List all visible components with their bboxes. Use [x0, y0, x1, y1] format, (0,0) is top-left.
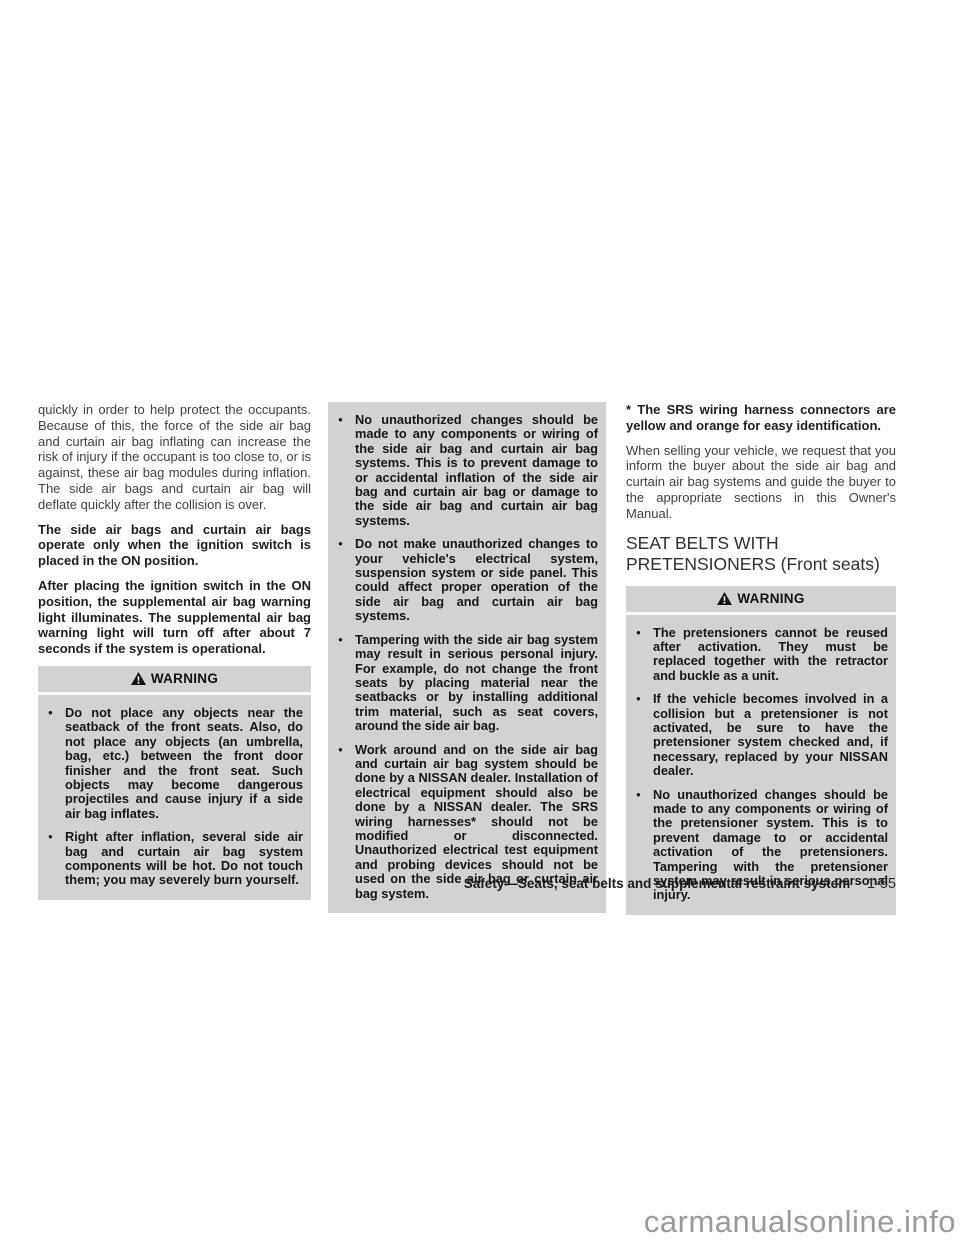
bullet-icon: ●: [338, 413, 355, 528]
manual-page: quickly in order to help protect the occ…: [0, 0, 960, 1242]
warning-icon: [717, 592, 732, 605]
bullet-icon: ●: [636, 626, 653, 684]
content-columns: quickly in order to help protect the occ…: [38, 402, 896, 915]
warning-bullet: ● Do not place any objects near the seat…: [48, 706, 303, 821]
bullet-icon: ●: [48, 706, 65, 821]
bullet-text: No unauthorized changes should be made t…: [355, 413, 598, 528]
bullet-icon: ●: [636, 692, 653, 778]
footer-page-number: 1-55: [867, 876, 896, 892]
warning-bullet: ● The pretensioners cannot be reused aft…: [636, 626, 888, 684]
bullet-icon: ●: [338, 633, 355, 734]
paragraph-bold: The side air bags and curtain air bags o…: [38, 522, 311, 569]
warning-title: WARNING: [151, 671, 218, 687]
section-heading-line: PRETENSIONERS (Front seats): [626, 554, 896, 576]
section-heading: SEAT BELTS WITH PRETENSIONERS (Front sea…: [626, 533, 896, 576]
footer: Safety—Seats, seat belts and supplementa…: [464, 876, 896, 892]
warning-bullet: ● Tampering with the side air bag system…: [338, 633, 598, 734]
column-1: quickly in order to help protect the occ…: [38, 402, 311, 915]
warning-body: ● The pretensioners cannot be reused aft…: [626, 615, 896, 915]
warning-bullet: ● Do not make unauthorized changes to yo…: [338, 537, 598, 623]
warning-bullet: ● If the vehicle becomes involved in a c…: [636, 692, 888, 778]
bullet-icon: ●: [338, 537, 355, 623]
warning-header: WARNING: [626, 586, 896, 612]
warning-bullet: ● Right after inflation, several side ai…: [48, 830, 303, 888]
warning-body: ● No unauthorized changes should be made…: [328, 402, 606, 913]
warning-box-continued: ● No unauthorized changes should be made…: [328, 402, 606, 913]
column-2: ● No unauthorized changes should be made…: [328, 402, 606, 915]
warning-body: ● Do not place any objects near the seat…: [38, 695, 311, 900]
warning-bullet: ● No unauthorized changes should be made…: [338, 413, 598, 528]
warning-title: WARNING: [737, 591, 804, 607]
warning-icon: [131, 672, 146, 685]
bullet-icon: ●: [338, 743, 355, 901]
paragraph-continuation: quickly in order to help protect the occ…: [38, 402, 311, 513]
srs-footnote: * The SRS wiring harness connectors are …: [626, 402, 896, 434]
warning-box: WARNING ● Do not place any objects near …: [38, 666, 311, 900]
paragraph: When selling your vehicle, we request th…: [626, 443, 896, 522]
bullet-text: Right after inflation, several side air …: [65, 830, 303, 888]
warning-box: WARNING ● The pretensioners cannot be re…: [626, 586, 896, 915]
bullet-text: Tampering with the side air bag system m…: [355, 633, 598, 734]
bullet-text: If the vehicle becomes involved in a col…: [653, 692, 888, 778]
watermark: carmanualsonline.info: [644, 1204, 956, 1240]
footer-section-title: Safety—Seats, seat belts and supplementa…: [464, 876, 850, 891]
bullet-icon: ●: [48, 830, 65, 888]
paragraph-bold: After placing the ignition switch in the…: [38, 578, 311, 657]
section-heading-line: SEAT BELTS WITH: [626, 533, 896, 555]
bullet-text: The pretensioners cannot be reused after…: [653, 626, 888, 684]
column-3: * The SRS wiring harness connectors are …: [626, 402, 896, 915]
warning-header: WARNING: [38, 666, 311, 692]
bullet-text: Do not make unauthorized changes to your…: [355, 537, 598, 623]
bullet-text: Do not place any objects near the seatba…: [65, 706, 303, 821]
